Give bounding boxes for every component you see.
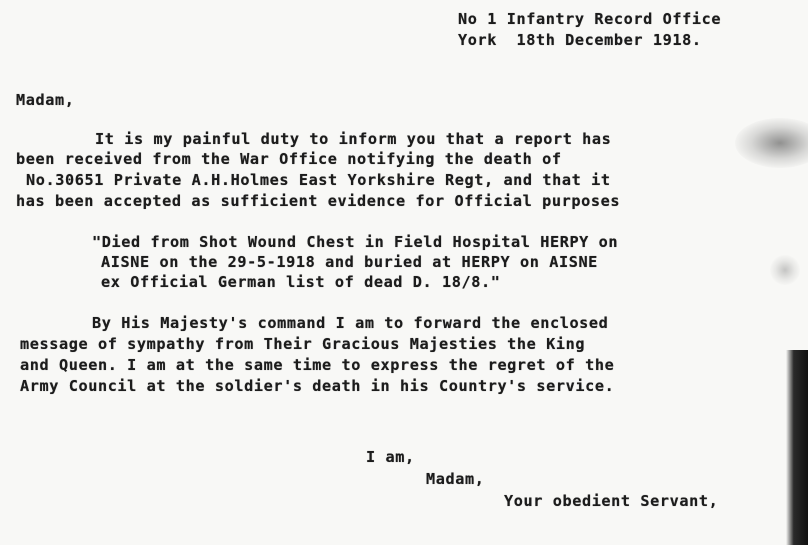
quote-line: "Died from Shot Wound Chest in Field Hos… (92, 233, 618, 251)
paragraph1-line: It is my painful duty to inform you that… (95, 130, 611, 148)
ink-smudge (735, 118, 808, 168)
paragraph1-line: been received from the War Office notify… (16, 150, 562, 168)
paragraph1-line: No.30651 Private A.H.Holmes East Yorkshi… (26, 171, 611, 189)
header-place-date: York 18th December 1918. (458, 31, 702, 49)
letter-page: No 1 Infantry Record Office York 18th De… (0, 0, 808, 545)
paragraph2-line: Army Council at the soldier's death in h… (20, 377, 614, 395)
closing-i-am: I am, (366, 448, 415, 466)
ink-smudge (770, 255, 800, 285)
closing-madam: Madam, (426, 470, 484, 488)
quote-line: ex Official German list of dead D. 18/8.… (101, 273, 501, 291)
paragraph2-line: message of sympathy from Their Gracious … (20, 335, 585, 353)
page-edge-shadow (786, 350, 808, 545)
header-office: No 1 Infantry Record Office (458, 10, 721, 28)
paragraph2-line: By His Majesty's command I am to forward… (92, 314, 608, 332)
closing-servant: Your obedient Servant, (504, 492, 718, 510)
quote-line: AISNE on the 29-5-1918 and buried at HER… (101, 253, 598, 271)
salutation: Madam, (16, 91, 74, 109)
paragraph1-line: has been accepted as sufficient evidence… (16, 192, 620, 210)
paragraph2-line: and Queen. I am at the same time to expr… (20, 356, 614, 374)
